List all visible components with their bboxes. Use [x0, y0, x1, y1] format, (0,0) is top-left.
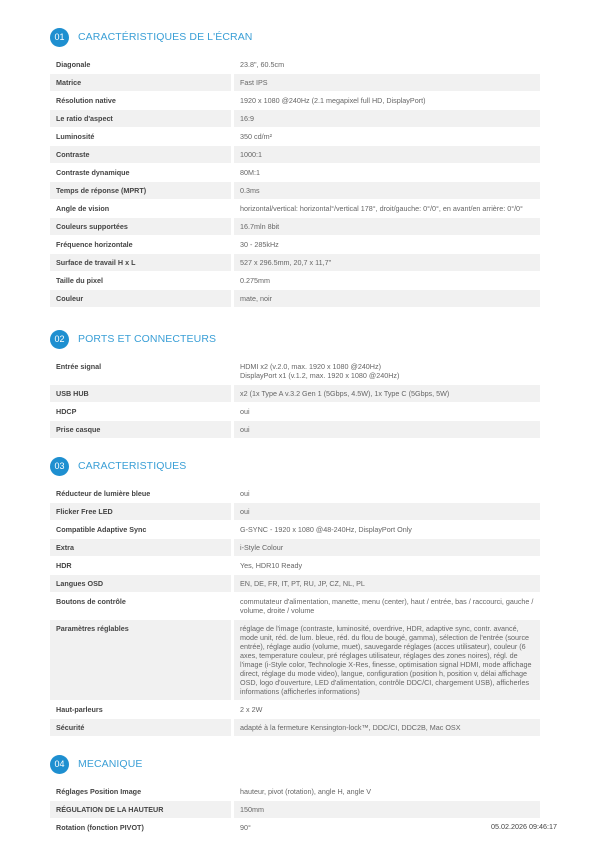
section-header: 03CARACTERISTIQUES [50, 455, 540, 477]
spec-label: Matrice [50, 74, 234, 91]
spec-table: Réglages Position Imagehauteur, pivot (r… [50, 782, 540, 837]
spec-row: Angle de visionhorizontal/vertical: hori… [50, 200, 540, 217]
spec-row: RÉGULATION DE LA HAUTEUR150mm [50, 801, 540, 818]
section-header: 02PORTS ET CONNECTEURS [50, 328, 540, 350]
spec-row: USB HUBx2 (1x Type A v.3.2 Gen 1 (5Gbps,… [50, 385, 540, 402]
spec-label: Boutons de contrôle [50, 593, 234, 619]
spec-value: 0.275mm [234, 272, 540, 289]
spec-value: hauteur, pivot (rotation), angle H, angl… [234, 783, 540, 800]
spec-section: 02PORTS ET CONNECTEURSEntrée signalHDMI … [50, 328, 540, 439]
spec-row: Entrée signalHDMI x2 (v.2.0, max. 1920 x… [50, 358, 540, 384]
spec-value: 527 x 296.5mm, 20,7 x 11,7" [234, 254, 540, 271]
spec-value: mate, noir [234, 290, 540, 307]
spec-sheet: 01CARACTÉRISTIQUES DE L'ÉCRANDiagonale23… [50, 26, 540, 837]
section-title: PORTS ET CONNECTEURS [78, 333, 216, 345]
spec-row: Couleurs supportées16.7mln 8bit [50, 218, 540, 235]
spec-label: Sécurité [50, 719, 234, 736]
spec-table: Réducteur de lumière bleueouiFlicker Fre… [50, 484, 540, 737]
spec-row: Rotation (fonction PIVOT)90° [50, 819, 540, 836]
spec-table: Diagonale23.8", 60.5cmMatriceFast IPSRés… [50, 55, 540, 308]
spec-label: Surface de travail H x L [50, 254, 234, 271]
spec-row: Flicker Free LEDoui [50, 503, 540, 520]
spec-label: Angle de vision [50, 200, 234, 217]
spec-table: Entrée signalHDMI x2 (v.2.0, max. 1920 x… [50, 357, 540, 439]
spec-section: 04MECANIQUERéglages Position Imagehauteu… [50, 753, 540, 837]
spec-row: HDRYes, HDR10 Ready [50, 557, 540, 574]
spec-value: 30 - 285kHz [234, 236, 540, 253]
spec-row: Diagonale23.8", 60.5cm [50, 56, 540, 73]
spec-value: i-Style Colour [234, 539, 540, 556]
spec-row: Prise casqueoui [50, 421, 540, 438]
spec-value: oui [234, 421, 540, 438]
spec-row: Boutons de contrôlecommutateur d'aliment… [50, 593, 540, 619]
spec-label: Compatible Adaptive Sync [50, 521, 234, 538]
spec-value: HDMI x2 (v.2.0, max. 1920 x 1080 @240Hz)… [234, 358, 540, 384]
spec-value: 1920 x 1080 @240Hz (2.1 megapixel full H… [234, 92, 540, 109]
spec-value: x2 (1x Type A v.3.2 Gen 1 (5Gbps, 4.5W),… [234, 385, 540, 402]
spec-row: Réducteur de lumière bleueoui [50, 485, 540, 502]
spec-label: Taille du pixel [50, 272, 234, 289]
spec-label: Paramètres réglables [50, 620, 234, 700]
spec-value: adapté à la fermeture Kensington-lock™, … [234, 719, 540, 736]
spec-value: 150mm [234, 801, 540, 818]
spec-value: 1000:1 [234, 146, 540, 163]
section-title: CARACTÉRISTIQUES DE L'ÉCRAN [78, 31, 252, 43]
spec-label: Couleurs supportées [50, 218, 234, 235]
spec-label: Contraste dynamique [50, 164, 234, 181]
spec-label: RÉGULATION DE LA HAUTEUR [50, 801, 234, 818]
spec-row: Contraste dynamique80M:1 [50, 164, 540, 181]
spec-label: Diagonale [50, 56, 234, 73]
spec-value: 80M:1 [234, 164, 540, 181]
spec-label: Entrée signal [50, 358, 234, 384]
spec-row: Luminosité350 cd/m² [50, 128, 540, 145]
spec-label: Le ratio d'aspect [50, 110, 234, 127]
spec-value: 2 x 2W [234, 701, 540, 718]
spec-label: Extra [50, 539, 234, 556]
spec-row: Le ratio d'aspect16:9 [50, 110, 540, 127]
spec-row: Fréquence horizontale30 - 285kHz [50, 236, 540, 253]
spec-value: 350 cd/m² [234, 128, 540, 145]
spec-label: Temps de réponse (MPRT) [50, 182, 234, 199]
spec-row: Haut-parleurs2 x 2W [50, 701, 540, 718]
spec-value: 16:9 [234, 110, 540, 127]
spec-label: Réducteur de lumière bleue [50, 485, 234, 502]
spec-value: EN, DE, FR, IT, PT, RU, JP, CZ, NL, PL [234, 575, 540, 592]
spec-label: HDCP [50, 403, 234, 420]
spec-label: HDR [50, 557, 234, 574]
spec-label: USB HUB [50, 385, 234, 402]
spec-row: Compatible Adaptive SyncG-SYNC - 1920 x … [50, 521, 540, 538]
spec-row: Couleurmate, noir [50, 290, 540, 307]
spec-label: Réglages Position Image [50, 783, 234, 800]
section-number-badge: 01 [50, 28, 69, 47]
section-number-badge: 04 [50, 755, 69, 774]
spec-row: MatriceFast IPS [50, 74, 540, 91]
spec-value: 16.7mln 8bit [234, 218, 540, 235]
spec-row: Résolution native1920 x 1080 @240Hz (2.1… [50, 92, 540, 109]
spec-row: Surface de travail H x L527 x 296.5mm, 2… [50, 254, 540, 271]
spec-row: Taille du pixel0.275mm [50, 272, 540, 289]
spec-row: Extrai-Style Colour [50, 539, 540, 556]
spec-row: Sécuritéadapté à la fermeture Kensington… [50, 719, 540, 736]
section-header: 01CARACTÉRISTIQUES DE L'ÉCRAN [50, 26, 540, 48]
spec-value: G-SYNC - 1920 x 1080 @48-240Hz, DisplayP… [234, 521, 540, 538]
spec-label: Prise casque [50, 421, 234, 438]
spec-label: Langues OSD [50, 575, 234, 592]
spec-label: Flicker Free LED [50, 503, 234, 520]
section-header: 04MECANIQUE [50, 753, 540, 775]
spec-row: Langues OSDEN, DE, FR, IT, PT, RU, JP, C… [50, 575, 540, 592]
section-title: MECANIQUE [78, 758, 143, 770]
spec-value: commutateur d'alimentation, manette, men… [234, 593, 540, 619]
spec-label: Rotation (fonction PIVOT) [50, 819, 234, 836]
spec-row: Réglages Position Imagehauteur, pivot (r… [50, 783, 540, 800]
section-number-badge: 03 [50, 457, 69, 476]
spec-label: Fréquence horizontale [50, 236, 234, 253]
spec-value: Fast IPS [234, 74, 540, 91]
spec-value: oui [234, 485, 540, 502]
spec-label: Résolution native [50, 92, 234, 109]
section-title: CARACTERISTIQUES [78, 460, 186, 472]
section-number-badge: 02 [50, 330, 69, 349]
spec-row: HDCPoui [50, 403, 540, 420]
spec-row: Paramètres réglablesréglage de l'image (… [50, 620, 540, 700]
spec-value: réglage de l'image (contraste, luminosit… [234, 620, 540, 700]
spec-label: Couleur [50, 290, 234, 307]
spec-value: oui [234, 403, 540, 420]
spec-label: Haut-parleurs [50, 701, 234, 718]
spec-label: Luminosité [50, 128, 234, 145]
spec-label: Contraste [50, 146, 234, 163]
spec-value: 23.8", 60.5cm [234, 56, 540, 73]
spec-value: 0.3ms [234, 182, 540, 199]
spec-value: horizontal/vertical: horizontal°/vertica… [234, 200, 540, 217]
spec-row: Contraste1000:1 [50, 146, 540, 163]
spec-value: Yes, HDR10 Ready [234, 557, 540, 574]
spec-section: 03CARACTERISTIQUESRéducteur de lumière b… [50, 455, 540, 737]
spec-value: oui [234, 503, 540, 520]
spec-row: Temps de réponse (MPRT)0.3ms [50, 182, 540, 199]
spec-section: 01CARACTÉRISTIQUES DE L'ÉCRANDiagonale23… [50, 26, 540, 308]
print-timestamp: 05.02.2026 09:46:17 [491, 822, 557, 831]
